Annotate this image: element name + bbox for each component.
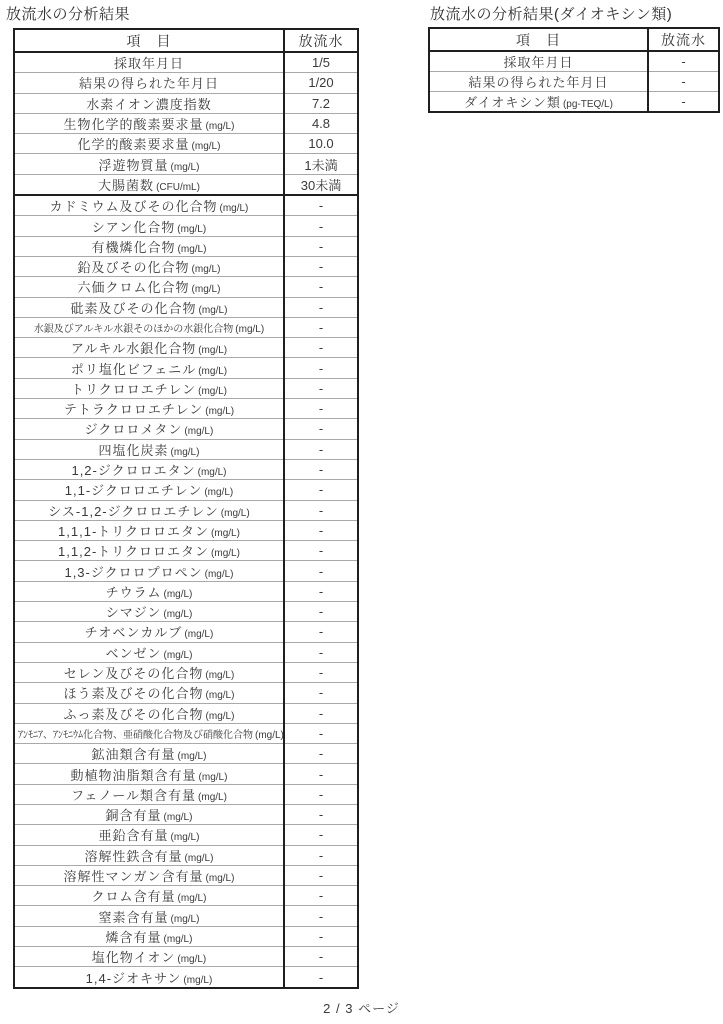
value-cell: - (284, 845, 358, 865)
item-label: 燐含有量 (106, 930, 162, 945)
item-label: ｱﾝﾓﾆｱ、ｱﾝﾓﾆｳﾑ化合物、亜硝酸化合物及び硝酸化合物 (18, 730, 253, 741)
item-label: 1,1,2-トリクロロエタン (58, 544, 209, 559)
item-unit: (mg/L) (178, 751, 207, 762)
value-cell: - (284, 256, 358, 276)
table-row: 1,3-ジクロロプロペン(mg/L)- (14, 561, 358, 581)
item-label: チオベンカルブ (85, 625, 183, 640)
item-label: ジクロロメタン (85, 422, 183, 437)
item-unit: (mg/L) (199, 772, 228, 783)
item-label: 化学的酸素要求量 (78, 137, 190, 152)
item-unit: (mg/L) (164, 650, 193, 661)
value-cell: 7.2 (284, 93, 358, 113)
item-cell: 塩化物イオン(mg/L) (14, 947, 284, 967)
table-row: シアン化合物(mg/L)- (14, 216, 358, 236)
item-unit: (mg/L) (178, 893, 207, 904)
table-row: 塩化物イオン(mg/L)- (14, 947, 358, 967)
item-label: 水素イオン濃度指数 (86, 97, 212, 112)
item-unit: (mg/L) (206, 121, 235, 132)
table-row: 1,1-ジクロロエチレン(mg/L)- (14, 480, 358, 500)
item-cell: クロム含有量(mg/L) (14, 886, 284, 906)
item-label: 溶解性マンガン含有量 (64, 869, 204, 884)
item-unit: (mg/L) (177, 224, 206, 235)
item-unit: (mg/L) (221, 508, 250, 519)
table-row: ダイオキシン類(pg-TEQ/L)- (429, 92, 719, 113)
table-row: 四塩化炭素(mg/L)- (14, 439, 358, 459)
item-cell: 1,1,1-トリクロロエタン(mg/L) (14, 520, 284, 540)
item-label: トリクロロエチレン (71, 382, 196, 397)
value-cell: 1未満 (284, 154, 358, 174)
report-page: 放流水の分析結果 項 目 放流水 採取年月日1/5結果の得られた年月日1/20水… (0, 0, 723, 1024)
item-label: カドミウム及びその化合物 (50, 199, 218, 214)
item-unit: (mg/L) (192, 141, 221, 152)
item-cell: 浮遊物質量(mg/L) (14, 154, 284, 174)
item-label: 結果の得られた年月日 (468, 75, 608, 90)
table-row: 砒素及びその化合物(mg/L)- (14, 297, 358, 317)
value-cell: - (284, 459, 358, 479)
table-header-row: 項 目 放流水 (429, 28, 719, 51)
item-label: 六価クロム化合物 (78, 280, 190, 295)
table-row: ベンゼン(mg/L)- (14, 642, 358, 662)
item-unit: (mg/L) (205, 406, 234, 417)
value-cell: - (284, 541, 358, 561)
item-cell: 四塩化炭素(mg/L) (14, 439, 284, 459)
item-unit: (mg/L) (206, 690, 235, 701)
value-cell: - (284, 825, 358, 845)
value-cell: 1/20 (284, 73, 358, 93)
item-label: 鉛及びその化合物 (78, 260, 190, 275)
value-cell: 1/5 (284, 52, 358, 73)
item-unit: (mg/L) (184, 426, 213, 437)
item-cell: 水銀及びアルキル水銀そのほかの水銀化合物(mg/L) (14, 317, 284, 337)
value-cell: 30未満 (284, 174, 358, 195)
item-unit: (mg/L) (185, 853, 214, 864)
value-cell: - (284, 277, 358, 297)
value-cell: - (284, 439, 358, 459)
item-label: 結果の得られた年月日 (79, 76, 219, 91)
table-row: 六価クロム化合物(mg/L)- (14, 277, 358, 297)
value-cell: - (284, 317, 358, 337)
value-cell: - (284, 723, 358, 743)
table-row: 採取年月日- (429, 51, 719, 72)
item-label: セレン及びその化合物 (64, 666, 204, 681)
item-cell: チオベンカルブ(mg/L) (14, 622, 284, 642)
table-row: ｱﾝﾓﾆｱ、ｱﾝﾓﾆｳﾑ化合物、亜硝酸化合物及び硝酸化合物(mg/L)- (14, 723, 358, 743)
item-label: フェノール類含有量 (71, 788, 196, 803)
item-unit: (mg/L) (171, 914, 200, 925)
item-cell: 1,3-ジクロロプロペン(mg/L) (14, 561, 284, 581)
item-cell: チウラム(mg/L) (14, 581, 284, 601)
value-cell: - (284, 480, 358, 500)
value-cell: - (284, 236, 358, 256)
item-label: 溶解性鉄含有量 (85, 849, 183, 864)
table-row: 銅含有量(mg/L)- (14, 804, 358, 824)
value-cell: - (284, 358, 358, 378)
value-cell: - (284, 500, 358, 520)
table-row: 亜鉛含有量(mg/L)- (14, 825, 358, 845)
item-label: 1,1,1-トリクロロエタン (58, 524, 209, 539)
table-row: 結果の得られた年月日- (429, 72, 719, 92)
item-unit: (mg/L) (198, 366, 227, 377)
dioxin-table-title: 放流水の分析結果(ダイオキシン類) (430, 3, 672, 24)
value-cell: - (648, 92, 719, 113)
item-label: 水銀及びアルキル水銀そのほかの水銀化合物 (34, 324, 234, 335)
table-row: 1,4-ジオキサン(mg/L)- (14, 967, 358, 988)
item-label: 有機燐化合物 (92, 240, 176, 255)
table-row: カドミウム及びその化合物(mg/L)- (14, 195, 358, 216)
item-label: 1,2-ジクロロエタン (71, 463, 195, 478)
table-row: クロム含有量(mg/L)- (14, 886, 358, 906)
table-row: 鉛及びその化合物(mg/L)- (14, 256, 358, 276)
item-unit: (mg/L) (204, 487, 233, 498)
item-label: テトラクロロエチレン (64, 402, 203, 417)
item-cell: 砒素及びその化合物(mg/L) (14, 297, 284, 317)
item-cell: 有機燐化合物(mg/L) (14, 236, 284, 256)
item-unit: (mg/L) (164, 934, 193, 945)
item-cell: 動植物油脂類含有量(mg/L) (14, 764, 284, 784)
item-unit: (mg/L) (171, 447, 200, 458)
table-row: 鉱油類含有量(mg/L)- (14, 744, 358, 764)
column-header-effluent: 放流水 (284, 29, 358, 52)
item-label: 亜鉛含有量 (99, 828, 169, 843)
item-cell: 結果の得られた年月日 (14, 73, 284, 93)
table-row: 溶解性鉄含有量(mg/L)- (14, 845, 358, 865)
item-cell: ポリ塩化ビフェニル(mg/L) (14, 358, 284, 378)
value-cell: - (284, 886, 358, 906)
item-unit: (mg/L) (177, 954, 206, 965)
item-cell: 採取年月日 (429, 51, 648, 72)
item-unit: (mg/L) (171, 162, 200, 173)
item-cell: シアン化合物(mg/L) (14, 216, 284, 236)
item-cell: アルキル水銀化合物(mg/L) (14, 338, 284, 358)
item-label: 塩化物イオン (92, 950, 176, 965)
item-cell: ふっ素及びその化合物(mg/L) (14, 703, 284, 723)
item-unit: (mg/L) (206, 711, 235, 722)
table-row: チウラム(mg/L)- (14, 581, 358, 601)
item-cell: シマジン(mg/L) (14, 602, 284, 622)
item-cell: 化学的酸素要求量(mg/L) (14, 134, 284, 154)
table-row: 1,1,1-トリクロロエタン(mg/L)- (14, 520, 358, 540)
item-cell: ほう素及びその化合物(mg/L) (14, 683, 284, 703)
value-cell: - (284, 561, 358, 581)
value-cell: - (284, 967, 358, 988)
item-cell: トリクロロエチレン(mg/L) (14, 378, 284, 398)
item-unit: (mg/L) (198, 386, 227, 397)
item-label: 動植物油脂類含有量 (71, 768, 197, 783)
column-header-item: 項 目 (429, 28, 648, 51)
table-row: 窒素含有量(mg/L)- (14, 906, 358, 926)
value-cell: - (284, 947, 358, 967)
table-row: 化学的酸素要求量(mg/L)10.0 (14, 134, 358, 154)
item-cell: セレン及びその化合物(mg/L) (14, 662, 284, 682)
effluent-analysis-table: 項 目 放流水 採取年月日1/5結果の得られた年月日1/20水素イオン濃度指数7… (13, 28, 359, 989)
table-row: 溶解性マンガン含有量(mg/L)- (14, 865, 358, 885)
table-row: テトラクロロエチレン(mg/L)- (14, 399, 358, 419)
column-header-effluent: 放流水 (648, 28, 719, 51)
item-label: ダイオキシン類 (464, 95, 561, 110)
value-cell: 10.0 (284, 134, 358, 154)
table-row: 燐含有量(mg/L)- (14, 926, 358, 946)
item-cell: 銅含有量(mg/L) (14, 804, 284, 824)
item-unit: (mg/L) (219, 203, 248, 214)
item-cell: 窒素含有量(mg/L) (14, 906, 284, 926)
item-cell: 結果の得られた年月日 (429, 72, 648, 92)
value-cell: - (284, 865, 358, 885)
item-unit: (mg/L) (211, 548, 240, 559)
item-label: 1,3-ジクロロプロペン (64, 565, 202, 580)
item-label: 採取年月日 (114, 56, 184, 71)
item-unit: (mg/L) (192, 264, 221, 275)
value-cell: - (284, 622, 358, 642)
item-label: シス-1,2-ジクロロエチレン (48, 504, 219, 519)
item-unit: (mg/L) (163, 589, 192, 600)
table-row: 水素イオン濃度指数7.2 (14, 93, 358, 113)
table-row: 動植物油脂類含有量(mg/L)- (14, 764, 358, 784)
item-unit: (mg/L) (198, 345, 227, 356)
item-unit: (CFU/mL) (156, 182, 200, 193)
item-label: ほう素及びその化合物 (64, 686, 204, 701)
value-cell: - (284, 926, 358, 946)
item-unit: (mg/L) (205, 569, 234, 580)
item-label: 銅含有量 (106, 808, 162, 823)
item-label: ベンゼン (106, 646, 162, 661)
item-label: 大腸菌数 (98, 178, 154, 193)
item-label: 鉱油類含有量 (92, 747, 176, 762)
value-cell: - (284, 804, 358, 824)
value-cell: - (284, 520, 358, 540)
item-label: 砒素及びその化合物 (71, 301, 197, 316)
item-cell: 大腸菌数(CFU/mL) (14, 174, 284, 195)
table-row: 有機燐化合物(mg/L)- (14, 236, 358, 256)
item-label: 1,1-ジクロロエチレン (65, 483, 203, 498)
item-cell: 1,1,2-トリクロロエタン(mg/L) (14, 541, 284, 561)
item-cell: 1,1-ジクロロエチレン(mg/L) (14, 480, 284, 500)
item-label: ふっ素及びその化合物 (64, 707, 204, 722)
value-cell: - (284, 642, 358, 662)
page-number: 2 / 3 ページ (0, 998, 723, 1017)
item-cell: 溶解性マンガン含有量(mg/L) (14, 865, 284, 885)
value-cell: - (284, 784, 358, 804)
item-cell: 1,4-ジオキサン(mg/L) (14, 967, 284, 988)
item-unit: (mg/L) (171, 832, 200, 843)
item-label: クロム含有量 (92, 889, 176, 904)
value-cell: 4.8 (284, 113, 358, 133)
table-row: フェノール類含有量(mg/L)- (14, 784, 358, 804)
item-unit: (mg/L) (211, 528, 240, 539)
table-row: シマジン(mg/L)- (14, 602, 358, 622)
item-label: 浮遊物質量 (99, 158, 169, 173)
item-label: 四塩化炭素 (99, 443, 169, 458)
item-cell: 水素イオン濃度指数 (14, 93, 284, 113)
item-unit: (mg/L) (164, 812, 193, 823)
item-unit: (mg/L) (192, 284, 221, 295)
item-cell: 鉛及びその化合物(mg/L) (14, 256, 284, 276)
item-cell: ｱﾝﾓﾆｱ、ｱﾝﾓﾆｳﾑ化合物、亜硝酸化合物及び硝酸化合物(mg/L) (14, 723, 284, 743)
item-unit: (mg/L) (163, 609, 192, 620)
item-unit: (mg/L) (178, 244, 207, 255)
table-row: 1,1,2-トリクロロエタン(mg/L)- (14, 541, 358, 561)
table-header-row: 項 目 放流水 (14, 29, 358, 52)
item-label: ポリ塩化ビフェニル (71, 362, 196, 377)
table-row: ほう素及びその化合物(mg/L)- (14, 683, 358, 703)
item-unit: (mg/L) (184, 629, 213, 640)
effluent-table-title: 放流水の分析結果 (6, 3, 130, 24)
value-cell: - (284, 662, 358, 682)
table-row: アルキル水銀化合物(mg/L)- (14, 338, 358, 358)
value-cell: - (284, 378, 358, 398)
value-cell: - (648, 72, 719, 92)
item-label: チウラム (106, 585, 162, 600)
item-cell: ベンゼン(mg/L) (14, 642, 284, 662)
table-row: 結果の得られた年月日1/20 (14, 73, 358, 93)
item-unit: (mg/L) (205, 670, 234, 681)
item-unit: (mg/L) (198, 792, 227, 803)
item-unit: (pg-TEQ/L) (563, 99, 613, 110)
item-cell: 1,2-ジクロロエタン(mg/L) (14, 459, 284, 479)
value-cell: - (284, 419, 358, 439)
value-cell: - (284, 906, 358, 926)
value-cell: - (284, 703, 358, 723)
value-cell: - (284, 216, 358, 236)
table-row: トリクロロエチレン(mg/L)- (14, 378, 358, 398)
table-row: 1,2-ジクロロエタン(mg/L)- (14, 459, 358, 479)
item-cell: 六価クロム化合物(mg/L) (14, 277, 284, 297)
item-cell: シス-1,2-ジクロロエチレン(mg/L) (14, 500, 284, 520)
item-cell: 生物化学的酸素要求量(mg/L) (14, 113, 284, 133)
column-header-item: 項 目 (14, 29, 284, 52)
item-label: 窒素含有量 (99, 910, 169, 925)
item-label: シアン化合物 (92, 220, 175, 235)
item-label: アルキル水銀化合物 (71, 341, 196, 356)
item-unit: (mg/L) (235, 324, 264, 335)
value-cell: - (284, 195, 358, 216)
table-row: セレン及びその化合物(mg/L)- (14, 662, 358, 682)
item-unit: (mg/L) (183, 975, 212, 986)
value-cell: - (284, 683, 358, 703)
item-label: 採取年月日 (503, 55, 573, 70)
item-unit: (mg/L) (199, 305, 228, 316)
table-row: チオベンカルブ(mg/L)- (14, 622, 358, 642)
value-cell: - (284, 297, 358, 317)
item-unit: (mg/L) (255, 730, 284, 741)
item-cell: 鉱油類含有量(mg/L) (14, 744, 284, 764)
item-label: 生物化学的酸素要求量 (64, 117, 204, 132)
table-row: ふっ素及びその化合物(mg/L)- (14, 703, 358, 723)
value-cell: - (284, 764, 358, 784)
table-row: 採取年月日1/5 (14, 52, 358, 73)
item-cell: 燐含有量(mg/L) (14, 926, 284, 946)
item-cell: 採取年月日 (14, 52, 284, 73)
value-cell: - (284, 399, 358, 419)
item-label: シマジン (106, 605, 162, 620)
item-unit: (mg/L) (198, 467, 227, 478)
dioxin-analysis-table: 項 目 放流水 採取年月日-結果の得られた年月日-ダイオキシン類(pg-TEQ/… (428, 27, 720, 113)
item-cell: 亜鉛含有量(mg/L) (14, 825, 284, 845)
value-cell: - (648, 51, 719, 72)
value-cell: - (284, 602, 358, 622)
table-row: シス-1,2-ジクロロエチレン(mg/L)- (14, 500, 358, 520)
item-cell: ジクロロメタン(mg/L) (14, 419, 284, 439)
value-cell: - (284, 581, 358, 601)
item-cell: フェノール類含有量(mg/L) (14, 784, 284, 804)
item-cell: カドミウム及びその化合物(mg/L) (14, 195, 284, 216)
item-label: 1,4-ジオキサン (86, 971, 182, 986)
table-row: 水銀及びアルキル水銀そのほかの水銀化合物(mg/L)- (14, 317, 358, 337)
table-row: 生物化学的酸素要求量(mg/L)4.8 (14, 113, 358, 133)
item-unit: (mg/L) (206, 873, 235, 884)
item-cell: ダイオキシン類(pg-TEQ/L) (429, 92, 648, 113)
value-cell: - (284, 744, 358, 764)
table-row: ポリ塩化ビフェニル(mg/L)- (14, 358, 358, 378)
item-cell: 溶解性鉄含有量(mg/L) (14, 845, 284, 865)
table-row: 大腸菌数(CFU/mL)30未満 (14, 174, 358, 195)
value-cell: - (284, 338, 358, 358)
table-row: ジクロロメタン(mg/L)- (14, 419, 358, 439)
item-cell: テトラクロロエチレン(mg/L) (14, 399, 284, 419)
table-row: 浮遊物質量(mg/L)1未満 (14, 154, 358, 174)
